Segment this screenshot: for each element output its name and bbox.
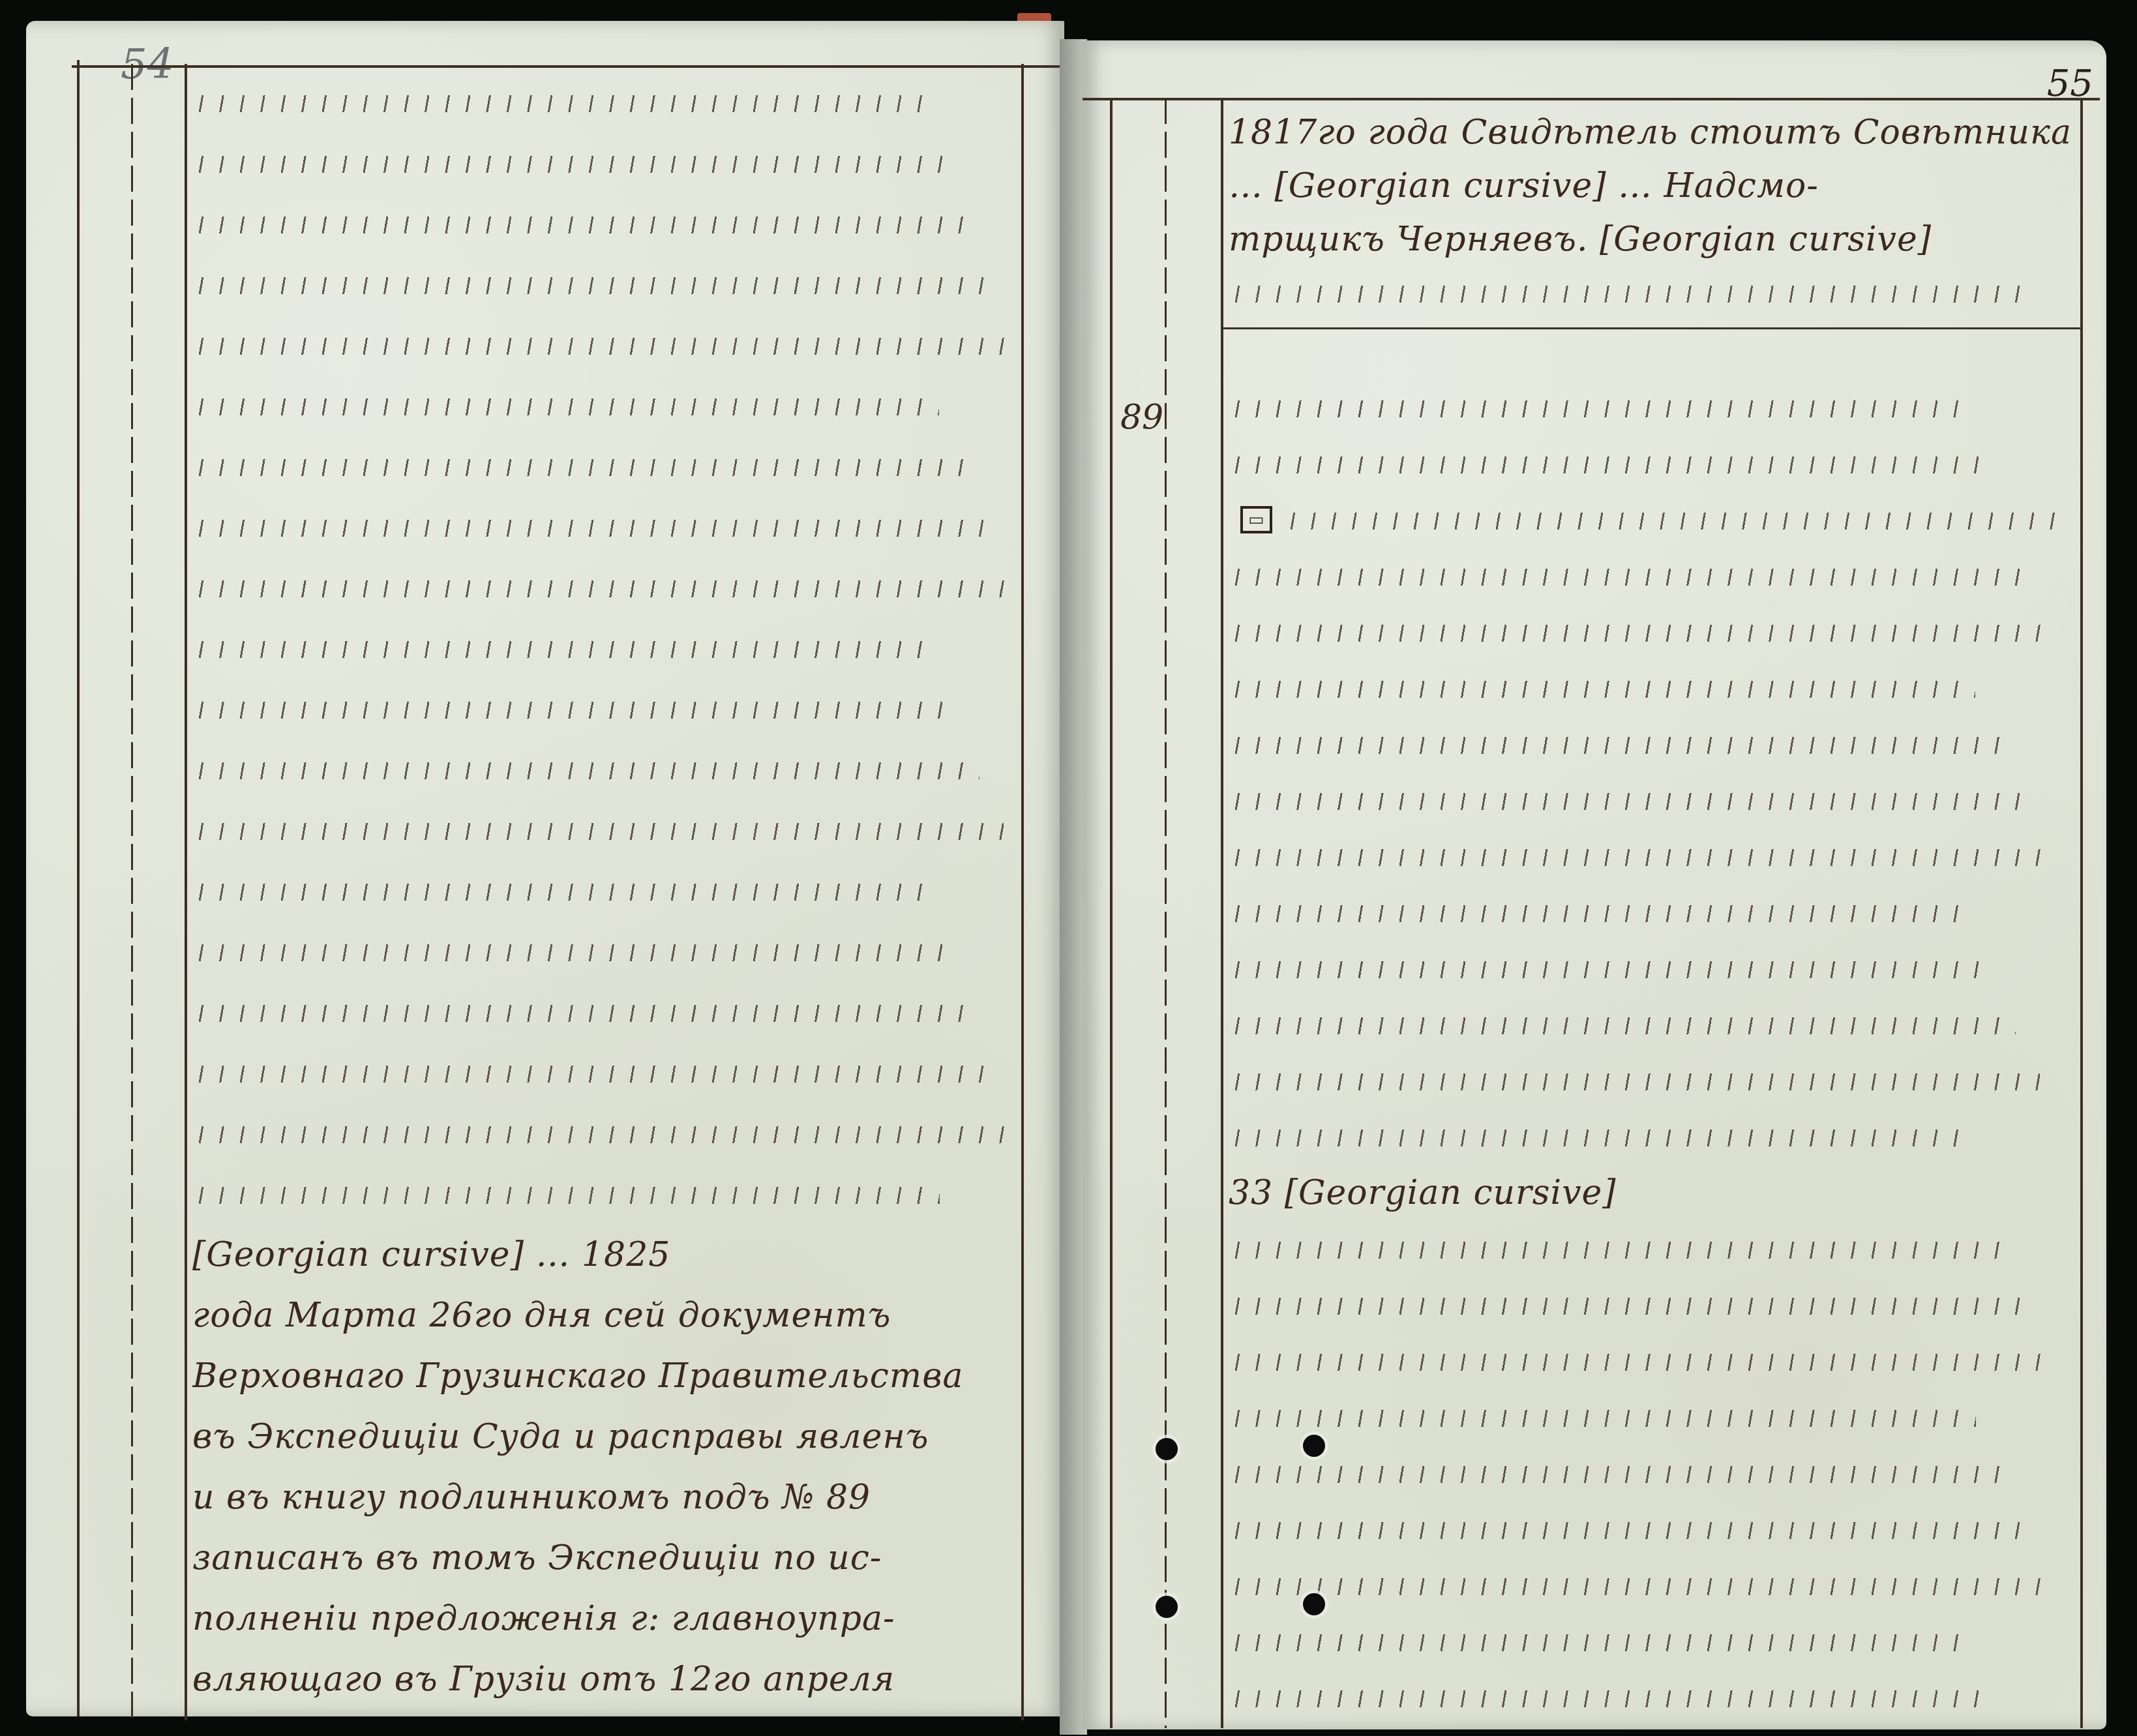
manuscript-line	[1229, 772, 2083, 828]
binding-hole	[1156, 1596, 1178, 1618]
binding-hole	[1156, 1438, 1178, 1460]
manuscript-line	[192, 1163, 1034, 1224]
manuscript-line: ▭	[1229, 492, 2083, 548]
margin-rule-1	[77, 60, 80, 1716]
georgian-handwriting	[192, 755, 979, 785]
manuscript-line	[1229, 604, 2083, 660]
manuscript-line	[192, 860, 1034, 921]
georgian-handwriting	[1229, 1514, 2024, 1544]
manuscript-line	[1229, 1053, 2083, 1109]
manuscript-line	[192, 193, 1034, 254]
mixed-handwriting: [Georgian cursive] … 1825	[192, 1235, 670, 1274]
manuscript-line: года Марта 26го дня сей документъ	[192, 1285, 1034, 1345]
mixed-handwriting: … [Georgian cursive] … Надсмо-	[1229, 166, 1819, 205]
russian-handwriting: въ Экспедиціи Суда и расправы явленъ	[192, 1417, 929, 1456]
manuscript-line	[1229, 884, 2083, 940]
georgian-handwriting	[192, 815, 1004, 845]
georgian-handwriting	[192, 1179, 940, 1209]
manuscript-line	[1229, 1389, 2083, 1445]
mixed-handwriting: 33 [Georgian cursive]	[1229, 1173, 1617, 1212]
manuscript-line	[1229, 548, 2083, 604]
top-rule	[72, 65, 1063, 68]
georgian-handwriting	[1229, 1346, 2056, 1376]
georgian-handwriting	[1229, 1683, 1992, 1713]
binding-hole	[1303, 1593, 1325, 1615]
georgian-handwriting	[1229, 1402, 1976, 1432]
georgian-handwriting	[1229, 561, 2031, 591]
georgian-handwriting	[1229, 785, 2024, 815]
top-rule	[1083, 98, 2100, 100]
georgian-handwriting	[192, 633, 931, 663]
georgian-handwriting	[192, 512, 987, 542]
russian-handwriting: года Марта 26го дня сей документъ	[192, 1296, 891, 1335]
entry-number: 89	[1120, 398, 1163, 437]
georgian-handwriting	[1229, 1458, 2000, 1488]
georgian-handwriting	[192, 209, 971, 239]
georgian-handwriting	[1229, 393, 1959, 423]
russian-handwriting: записанъ въ томъ Экспедиціи по ис-	[192, 1538, 882, 1578]
russian-handwriting: Верховнаго Грузинскаго Правительства	[192, 1356, 963, 1396]
georgian-handwriting	[1229, 897, 1967, 927]
georgian-handwriting	[192, 87, 923, 117]
manuscript-line	[192, 557, 1034, 618]
margin-rule-2	[1165, 98, 1167, 1728]
georgian-handwriting	[192, 1058, 996, 1088]
manuscript-line	[1229, 1613, 2083, 1669]
manuscript-line: трщикъ Черняевъ. [Georgian cursive]	[1229, 213, 2083, 266]
georgian-handwriting	[192, 391, 939, 421]
georgian-handwriting	[1229, 1290, 2032, 1320]
manuscript-line	[192, 314, 1034, 375]
manuscript-line	[192, 1042, 1034, 1103]
manuscript-line	[1229, 1501, 2083, 1557]
manuscript-line	[1229, 1557, 2083, 1613]
georgian-handwriting	[192, 573, 1011, 603]
margin-rule-3	[185, 64, 187, 1720]
georgian-handwriting	[1229, 1234, 2008, 1264]
manuscript-line	[1229, 1333, 2083, 1389]
folio-number-left: 54	[121, 40, 173, 89]
manuscript-line: 33 [Georgian cursive]	[1229, 1165, 2083, 1221]
manuscript-line	[192, 678, 1034, 739]
georgian-handwriting	[192, 330, 1019, 360]
georgian-handwriting	[1229, 1626, 1968, 1656]
manuscript-line	[192, 618, 1034, 678]
margin-rule-2	[131, 64, 133, 1720]
manuscript-line	[1229, 380, 2083, 436]
manuscript-line	[1229, 660, 2083, 716]
georgian-handwriting	[192, 694, 955, 724]
manuscript-line	[192, 436, 1034, 496]
mixed-handwriting: трщикъ Черняевъ. [Georgian cursive]	[1229, 220, 1932, 259]
manuscript-line	[192, 72, 1034, 132]
binding-hole	[1303, 1435, 1325, 1457]
manuscript-line: вляющаго въ Грузіи отъ 12го апреля	[192, 1649, 1034, 1709]
manuscript-line	[1229, 1109, 2083, 1165]
georgian-handwriting	[1229, 1010, 2016, 1040]
georgian-handwriting	[1229, 1122, 1960, 1152]
manuscript-line: записанъ въ томъ Экспедиціи по ис-	[192, 1527, 1034, 1588]
manuscript-line	[192, 132, 1034, 193]
manuscript-line	[1229, 996, 2083, 1053]
georgian-handwriting	[1229, 729, 1999, 759]
manuscript-line	[192, 739, 1034, 800]
manuscript-line: [Georgian cursive] … 1825	[192, 1224, 1034, 1285]
manuscript-line	[192, 254, 1034, 314]
manuscript-line: 1817го года Свидѣтель стоитъ Совѣтника	[1229, 106, 2083, 159]
margin-rule-1	[1110, 98, 1113, 1728]
georgian-handwriting	[1229, 673, 1975, 703]
manuscript-line	[192, 375, 1034, 436]
manuscript-line	[192, 981, 1034, 1042]
georgian-handwriting	[192, 997, 972, 1027]
georgian-handwriting	[192, 1118, 1020, 1148]
margin-rule-3	[1221, 98, 1223, 1728]
manuscript-line	[1229, 716, 2083, 772]
georgian-handwriting	[1229, 617, 2055, 647]
manuscript-line: и въ книгу подлинникомъ подъ № 89	[192, 1467, 1034, 1527]
georgian-handwriting	[1229, 953, 1992, 983]
georgian-handwriting	[192, 876, 923, 906]
georgian-handwriting	[192, 936, 948, 966]
left-page-text: [Georgian cursive] … 1825года Марта 26го…	[192, 72, 1034, 1709]
manuscript-line: … [Georgian cursive] … Надсмо-	[1229, 159, 2083, 213]
manuscript-line	[192, 800, 1034, 860]
georgian-handwriting	[1229, 278, 2031, 308]
right-page-body-text: ▭33 [Georgian cursive]	[1229, 380, 2083, 1726]
georgian-handwriting	[1229, 449, 1983, 479]
georgian-handwriting	[1284, 505, 2063, 535]
georgian-handwriting	[192, 148, 947, 178]
manuscript-line	[1229, 266, 2083, 320]
georgian-handwriting	[1229, 1066, 2040, 1096]
manuscript-line: въ Экспедиціи Суда и расправы явленъ	[192, 1406, 1034, 1467]
manuscript-line	[192, 496, 1034, 557]
right-page-header-text: 1817го года Свидѣтель стоитъ Совѣтника… …	[1229, 106, 2083, 320]
manuscript-line	[1229, 436, 2083, 492]
entry-separator	[1221, 327, 2082, 329]
left-page: 54 [Georgian cursive] … 1825года Марта 2…	[26, 21, 1064, 1716]
russian-handwriting: полненіи предложенія г: главноупра-	[192, 1599, 895, 1638]
manuscript-line	[192, 921, 1034, 981]
manuscript-line	[1229, 1277, 2083, 1333]
manuscript-line	[1229, 1445, 2083, 1501]
georgian-handwriting	[1229, 1570, 2048, 1600]
manuscript-line: полненіи предложенія г: главноупра-	[192, 1588, 1034, 1649]
georgian-handwriting	[192, 269, 995, 299]
manuscript-line	[1229, 1221, 2083, 1277]
georgian-handwriting	[192, 451, 963, 481]
manuscript-line	[1229, 940, 2083, 996]
manuscript-line	[1229, 828, 2083, 884]
boxed-stamp: ▭	[1240, 506, 1272, 533]
right-page: 55 89 1817го года Свидѣтель стоитъ Совѣт…	[1083, 40, 2106, 1729]
manuscript-line	[192, 1103, 1034, 1163]
russian-handwriting: 1817го года Свидѣтель стоитъ Совѣтника	[1229, 113, 2072, 152]
russian-handwriting: и въ книгу подлинникомъ подъ № 89	[192, 1478, 871, 1517]
manuscript-line	[1229, 1669, 2083, 1726]
russian-handwriting: вляющаго въ Грузіи отъ 12го апреля	[192, 1660, 895, 1699]
georgian-handwriting	[1229, 841, 2048, 871]
manuscript-line: Верховнаго Грузинскаго Правительства	[192, 1345, 1034, 1406]
